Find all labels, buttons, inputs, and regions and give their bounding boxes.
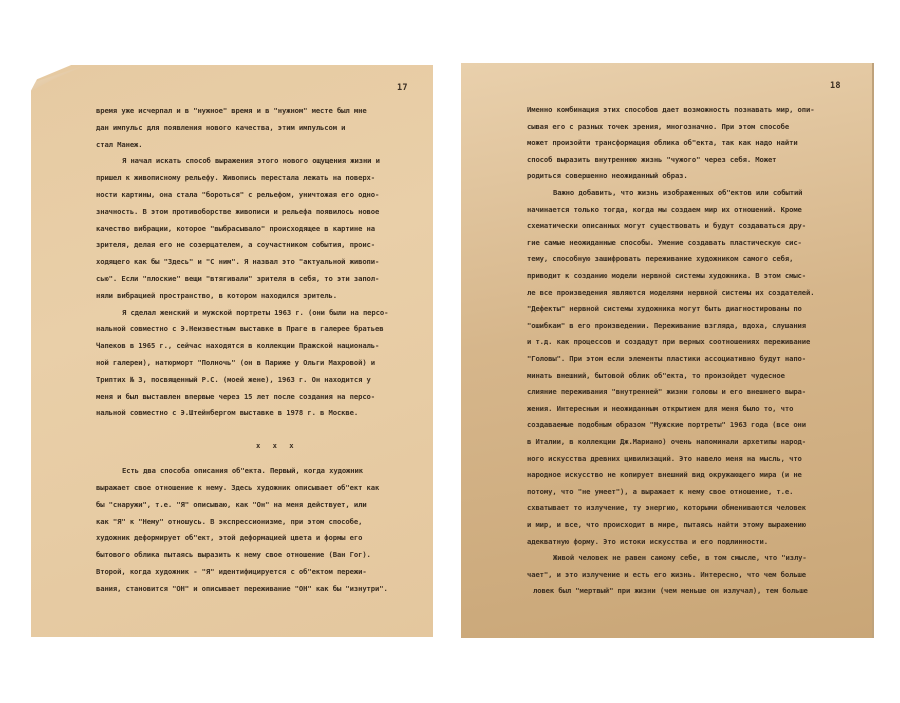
typewritten-page-17: 17 время уже исчерпал и в "нужное" время… bbox=[31, 65, 433, 637]
page-number: 17 bbox=[397, 83, 408, 93]
text-line: Второй, когда художник - "Я" идентифицир… bbox=[96, 568, 367, 575]
text-line: ле все произведения являются моделями не… bbox=[527, 289, 814, 296]
text-line: ходящего как бы "Здесь" и "С ним". Я наз… bbox=[96, 258, 379, 265]
text-line: "Дефекты" нервной системы художника могу… bbox=[527, 305, 802, 312]
text-line: зрителя, делая его не созерцателем, а со… bbox=[96, 241, 375, 248]
text-line: тему, способную зашифровать переживание … bbox=[527, 255, 793, 262]
typewritten-page-18: 18 Именно комбинация этих способов дает … bbox=[461, 63, 872, 638]
text-line: значность. В этом противоборстве живопис… bbox=[96, 208, 379, 215]
text-line: слияние переживания "внутренней" жизни г… bbox=[527, 388, 806, 395]
text-line: няли вибрацией пространство, в котором н… bbox=[96, 292, 337, 299]
text-line: Важно добавить, что жизнь изображенных о… bbox=[527, 189, 802, 196]
text-line: Я сделал женский и мужской портреты 1963… bbox=[96, 309, 388, 316]
text-line: бытового облика пытаясь выразить к нему … bbox=[96, 551, 371, 558]
text-line: "ошибкам" в его произведении. Переживани… bbox=[527, 322, 806, 329]
text-line: дан импульс для появления нового качеств… bbox=[96, 124, 345, 131]
text-line: Чапеков в 1965 г., сейчас находятся в ко… bbox=[96, 342, 379, 349]
text-line: "Головы". При этом если элементы пластик… bbox=[527, 355, 806, 362]
text-line: жения. Интересным и неожиданным открытие… bbox=[527, 405, 793, 412]
text-line: качество вибрации, которое "выбрасывало"… bbox=[96, 225, 375, 232]
text-line: в Италии, в коллекции Дж.Мариано) очень … bbox=[527, 438, 806, 445]
text-line: бы "снаружи", т.е. "Я" описываю, как "Он… bbox=[96, 501, 367, 508]
text-line: Живой человек не равен самому себе, в то… bbox=[527, 554, 807, 561]
text-line: Есть два способа описания об"екта. Первы… bbox=[96, 467, 363, 474]
text-line: меня и был выставлен впервые через 15 ле… bbox=[96, 393, 375, 400]
text-line: стал Манеж. bbox=[96, 141, 143, 148]
text-line: родиться совершенно неожиданный образ. bbox=[527, 172, 688, 179]
text-line: начинается только тогда, когда мы создае… bbox=[527, 206, 802, 213]
text-line: время уже исчерпал и в "нужное" время и … bbox=[96, 107, 367, 114]
page-number: 18 bbox=[830, 81, 841, 91]
text-line: схватывает то излучение, ту энергию, кот… bbox=[527, 504, 806, 511]
text-line: сью". Если "плоские" вещи "втягивали" зр… bbox=[96, 275, 379, 282]
text-line: потому, что "не умеет"), а выражает к не… bbox=[527, 488, 793, 495]
text-line: художник деформирует об"ект, этой деформ… bbox=[96, 534, 362, 541]
text-line: адекватную форму. Это истоки искусства и… bbox=[527, 538, 768, 545]
text-line: нальной совместно с Э.Штейнбергом выстав… bbox=[96, 409, 358, 416]
text-line: ного искусства древних цивилизаций. Это … bbox=[527, 455, 802, 462]
text-line: минать внешний, бытовой облик об"екта, т… bbox=[527, 372, 785, 379]
text-line: может произойти трансформация облика об"… bbox=[527, 139, 798, 146]
text-line: создаваемые подобным образом "Мужские по… bbox=[527, 421, 806, 428]
text-line: сывая его с разных точек зрения, многозн… bbox=[527, 123, 789, 130]
text-line: чает", и это излучение и есть его жизнь.… bbox=[527, 571, 806, 578]
text-line: x x x bbox=[96, 442, 298, 449]
text-line: вания, становится "ОН" и описывает переж… bbox=[96, 585, 388, 592]
text-line: приводит к созданию модели нервной систе… bbox=[527, 272, 806, 279]
text-line: Я начал искать способ выражения этого но… bbox=[96, 157, 380, 164]
text-line: ности картины, она стала "бороться" с ре… bbox=[96, 191, 379, 198]
text-line: ной галереи), натюрморт "Полночь" (он в … bbox=[96, 359, 375, 366]
text-line: Именно комбинация этих способов дает воз… bbox=[527, 106, 814, 113]
text-line: и мир, и все, что происходит в мире, пыт… bbox=[527, 521, 806, 528]
text-line: способ выразить внутреннюю жизнь "чужого… bbox=[527, 156, 776, 163]
text-line: как "Я" к "Нему" отношусь. В экспрессион… bbox=[96, 518, 362, 525]
text-line: и т.д. как процессов и создадут при верн… bbox=[527, 338, 810, 345]
text-line: ловек был "мертвый" при жизни (чем меньш… bbox=[533, 587, 808, 594]
text-line: гие самые неожиданные способы. Умение со… bbox=[527, 239, 802, 246]
text-line: народное искусство не копирует внешний в… bbox=[527, 471, 802, 478]
text-line: Триптих № 3, посвященный Р.С. (моей жене… bbox=[96, 376, 371, 383]
text-line: нальной совместно с Э.Неизвестным выстав… bbox=[96, 325, 383, 332]
text-line: схематически описанных могут существоват… bbox=[527, 222, 806, 229]
text-line: выражает свое отношение к нему. Здесь ху… bbox=[96, 484, 379, 491]
text-line: пришел к живописному рельефу. Живопись п… bbox=[96, 174, 375, 181]
